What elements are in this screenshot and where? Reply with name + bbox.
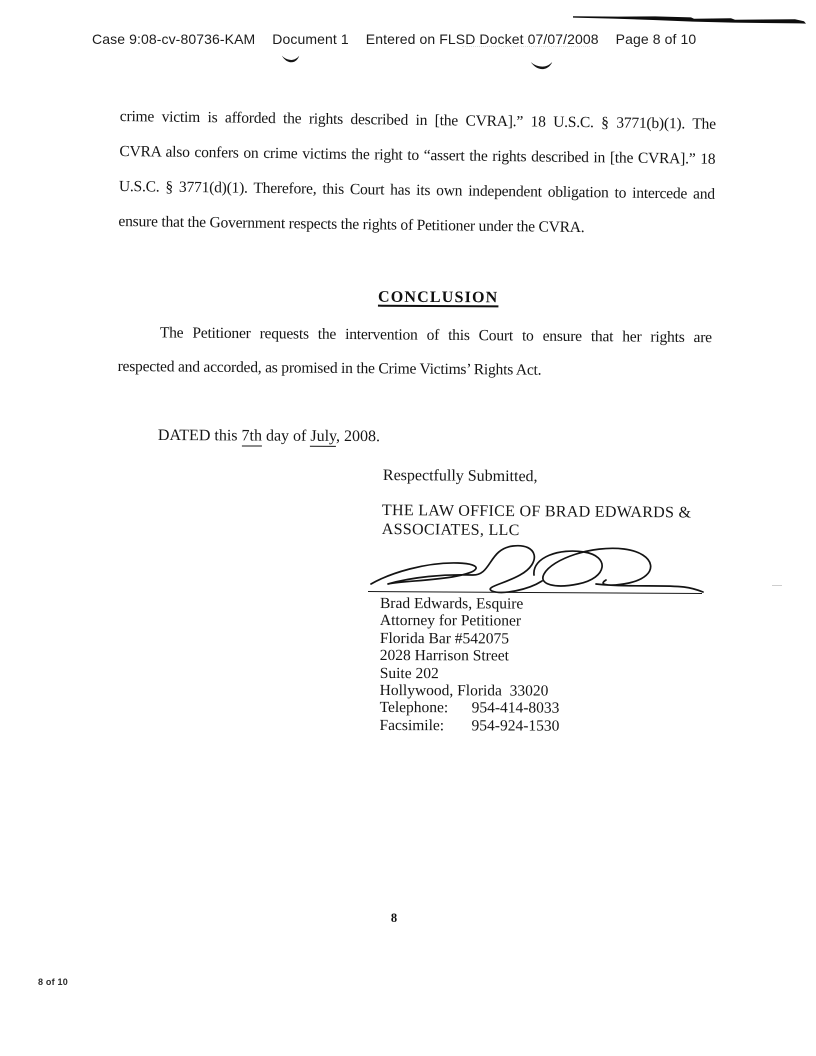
header-page-indicator: Page 8 of 10 bbox=[616, 31, 697, 47]
paragraph-line: CVRA also confers on crime victims the r… bbox=[119, 141, 715, 171]
respectfully-submitted-line: Respectfully Submitted, bbox=[383, 467, 538, 486]
scan-artifact-dash bbox=[772, 585, 782, 586]
handwritten-signature bbox=[366, 535, 707, 595]
telephone-row: Telephone:954-414-8033 bbox=[380, 699, 560, 717]
document-header: Case 9:08-cv-80736-KAM Document 1 Entere… bbox=[92, 31, 696, 47]
facsimile-number: 954-924-1530 bbox=[472, 717, 560, 734]
paragraph-conclusion: The Petitioner requests the intervention… bbox=[117, 322, 712, 395]
facsimile-row: Facsimile:954-924-1530 bbox=[380, 717, 560, 735]
paragraph-line: ensure that the Government respects the … bbox=[118, 211, 714, 241]
dated-month: July bbox=[310, 428, 336, 447]
header-docket-entry: Entered on FLSD Docket 07/07/2008 bbox=[366, 31, 599, 47]
street-address: 2028 Harrison Street bbox=[380, 647, 560, 665]
scan-artifact-dots bbox=[462, 46, 590, 47]
bar-number: Florida Bar #542075 bbox=[380, 630, 560, 648]
scanned-court-document-page: Case 9:08-cv-80736-KAM Document 1 Entere… bbox=[0, 0, 816, 1056]
telephone-label: Telephone: bbox=[380, 699, 472, 717]
scan-artifact-crescent-right bbox=[530, 59, 553, 72]
dated-day: 7th bbox=[241, 427, 262, 446]
paragraph-line: crime victim is afforded the rights desc… bbox=[120, 106, 716, 136]
header-document-number: Document 1 bbox=[272, 31, 348, 47]
footer-page-indicator: 8 of 10 bbox=[38, 977, 68, 987]
signer-name: Brad Edwards, Esquire bbox=[380, 595, 560, 613]
attorney-address-block: Brad Edwards, Esquire Attorney for Petit… bbox=[380, 595, 560, 735]
signer-role: Attorney for Petitioner bbox=[380, 612, 560, 630]
conclusion-heading: CONCLUSION bbox=[378, 289, 499, 308]
scan-artifact-crescent-left bbox=[281, 53, 300, 65]
telephone-number: 954-414-8033 bbox=[472, 700, 560, 717]
paragraph-line: The Petitioner requests the intervention… bbox=[160, 322, 712, 349]
paragraph-cvra-rights: crime victim is afforded the rights desc… bbox=[118, 106, 716, 254]
facsimile-label: Facsimile: bbox=[380, 717, 472, 735]
city-state-zip: Hollywood, Florida 33020 bbox=[380, 682, 560, 700]
paragraph-line: U.S.C. § 3771(d)(1). Therefore, this Cou… bbox=[119, 176, 715, 206]
page-number: 8 bbox=[378, 911, 410, 926]
header-case-number: Case 9:08-cv-80736-KAM bbox=[92, 31, 255, 47]
dated-line: DATED this 7th day of July, 2008. bbox=[158, 427, 380, 446]
scan-artifact-streak bbox=[573, 13, 806, 25]
paragraph-line: respected and accorded, as promised in t… bbox=[118, 356, 712, 383]
suite: Suite 202 bbox=[380, 665, 560, 683]
